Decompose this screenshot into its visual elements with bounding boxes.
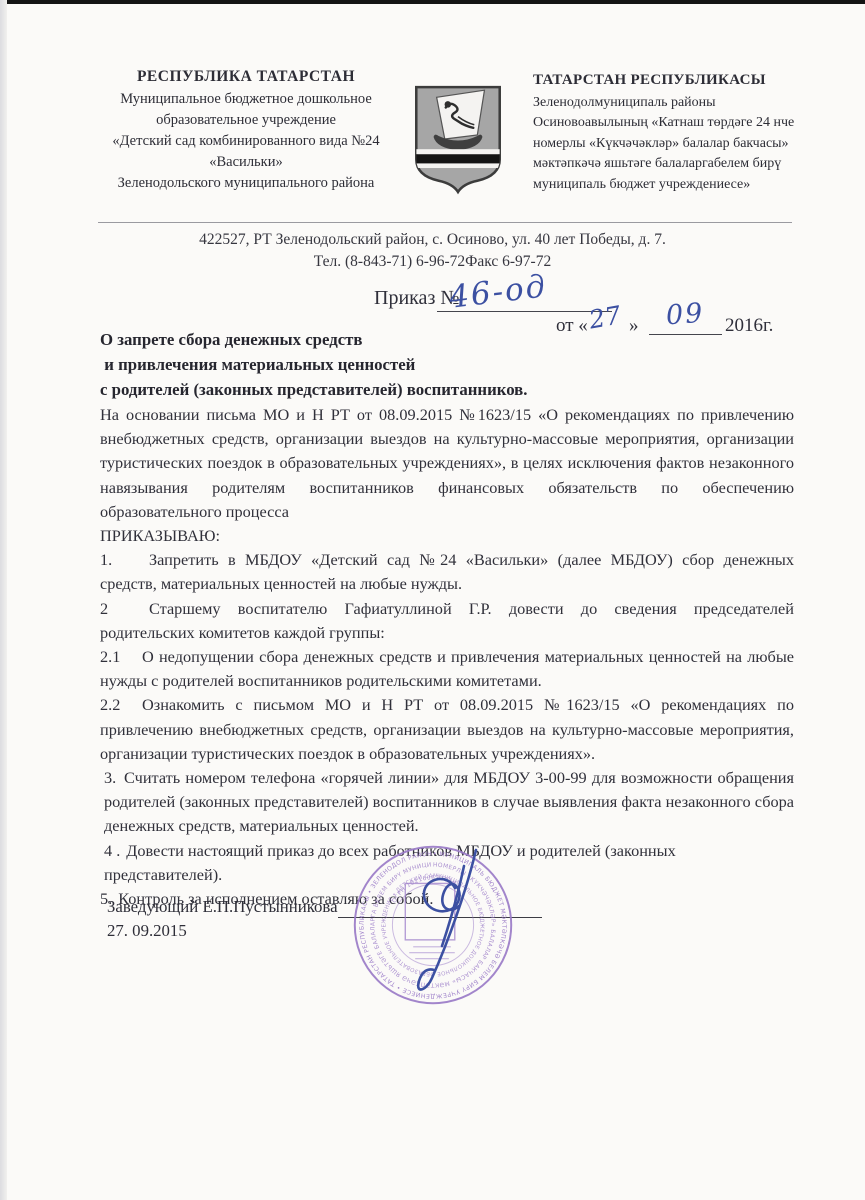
scanned-order-document: РЕСПУБЛИКА ТАТАРСТАН Муниципальное бюдже… — [0, 0, 865, 1200]
item-number: 3. — [104, 766, 118, 790]
address-line: 422527, РТ Зеленодольский район, с. Осин… — [0, 229, 865, 251]
item-number: 1. — [100, 548, 149, 572]
item-text: Запретить в МБДОУ «Детский сад №24 «Васи… — [100, 550, 794, 593]
org-line: Зеленодолмуниципаль районы — [533, 93, 853, 114]
org-block-russian: РЕСПУБЛИКА ТАТАРСТАН Муниципальное бюдже… — [85, 66, 407, 194]
org-line: «Детский сад комбинированного вида №24 — [85, 131, 407, 152]
item-text: Ознакомить с письмом МО и Н РТ от 08.09.… — [100, 695, 794, 762]
address-block: 422527, РТ Зеленодольский район, с. Осин… — [0, 229, 865, 273]
coat-of-arms-icon — [407, 80, 509, 196]
order-year: 2016г. — [725, 315, 773, 337]
resolve-word: ПРИКАЗЫВАЮ: — [100, 524, 794, 548]
address-line: Тел. (8-843-71) 6-96-72Факс 6-97-72 — [0, 251, 865, 273]
header-divider — [98, 222, 792, 223]
org-line: образовательное учреждение — [85, 110, 407, 131]
org-block-tatar: ТАТАРСТАН РЕСПУБЛИКАСЫ Зеленодолмуниципа… — [533, 70, 853, 195]
item-number: 4 . — [104, 839, 120, 863]
item-text: О недопущении сбора денежных средств и п… — [100, 647, 794, 690]
title-line: О запрете сбора денежных средств — [100, 327, 660, 352]
order-item-2-1: 2.1О недопущении сбора денежных средств … — [100, 645, 794, 693]
pen-signature — [330, 818, 560, 1033]
signature-date: 27. 09.2015 — [107, 921, 187, 941]
org-line: «Васильки» — [85, 152, 407, 173]
item-number: 2.2 — [100, 693, 142, 717]
item-number: 2 — [100, 597, 149, 621]
org-line: Зеленодольского муниципального района — [85, 173, 407, 194]
org-line: номерлы «Күкчәчәкләр» балалар бакчасы» — [533, 134, 853, 155]
org-title-russian: РЕСПУБЛИКА ТАТАРСТАН — [85, 66, 407, 87]
order-month-handwritten: 09 — [665, 298, 705, 332]
order-item-2-2: 2.2Ознакомить с письмом МО и Н РТ от 08.… — [100, 693, 794, 766]
item-text: Старшему воспитателю Гафиатуллиной Г.Р. … — [100, 599, 794, 642]
item-number: 2.1 — [100, 645, 142, 669]
title-line: и привлечения материальных ценностей — [100, 352, 660, 377]
scan-edge-artifact-left — [0, 0, 7, 1200]
org-line: Муниципальное бюджетное дошкольное — [85, 89, 407, 110]
signatory-role-and-name: Заведующий Е.П.Пустынникова — [107, 897, 338, 917]
order-item-1: 1.Запретить в МБДОУ «Детский сад №24 «Ва… — [100, 548, 794, 596]
org-title-tatar: ТАТАРСТАН РЕСПУБЛИКАСЫ — [533, 70, 853, 91]
title-line: с родителей (законных представителей) во… — [100, 377, 660, 402]
org-line: Осиновоавылының «Катнаш төрдәге 24 нче — [533, 113, 853, 134]
scan-edge-artifact — [0, 0, 865, 4]
document-title: О запрете сбора денежных средств и привл… — [100, 327, 660, 402]
org-line: мәктәпкәчә яшьтәге балаларгабелем бирү — [533, 154, 853, 175]
order-item-2: 2Старшему воспитателю Гафиатуллиной Г.Р.… — [100, 597, 794, 645]
org-line: муниципаль бюджет учреждениесе» — [533, 175, 853, 196]
intro-paragraph: На основании письма МО и Н РТ от 08.09.2… — [100, 403, 794, 524]
